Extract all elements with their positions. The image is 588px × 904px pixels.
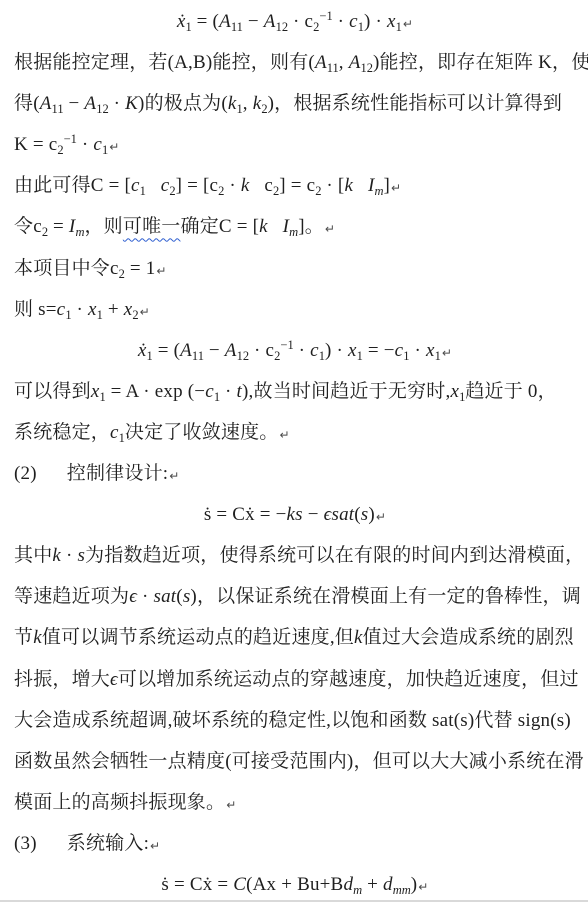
text-run: x (387, 11, 396, 32)
text-run: , (243, 93, 253, 114)
text-run: 根据能控定理，若(A,B)能控，则有( (14, 52, 315, 73)
document-line-5: 由此可得C = [c1 c2] = [c2 · k c2] = c2 · [k … (14, 165, 576, 206)
text-run: )的极点为( (138, 93, 228, 114)
text-run: A (180, 340, 192, 361)
text-run: m (374, 185, 383, 198)
text-run: C (233, 874, 246, 895)
page-bottom-rule (0, 900, 588, 902)
paragraph-mark-icon: ↵ (403, 18, 413, 30)
text-run: · (220, 381, 236, 402)
text-run: d (383, 874, 393, 895)
document-line-12: (2)控制律设计:↵ (14, 453, 576, 494)
text-run: A (84, 93, 96, 114)
text-run: ṡ = Cẋ = − (204, 504, 287, 525)
text-run: c (131, 175, 140, 196)
text-run: A (315, 52, 327, 73)
text-run: sat (154, 586, 177, 607)
text-run: 决定了收敛速度。 (125, 422, 279, 443)
text-run: − (243, 11, 264, 32)
text-run: 12 (361, 62, 374, 75)
text-run: ẋ (138, 340, 147, 361)
text-run: 2 (132, 309, 138, 322)
document-line-16: 节k值可以调节系统运动点的趋近速度,但k值过大会造成系统的剧烈 (14, 617, 576, 658)
text-run: ] = [c (176, 175, 219, 196)
text-run: ] (384, 175, 391, 196)
text-run: )，以保证系统在滑模面上有一定的鲁棒性，调 (190, 586, 581, 607)
text-run: x (124, 299, 133, 320)
text-run: = ( (153, 340, 180, 361)
text-run: m (289, 226, 298, 239)
paragraph-mark-icon: ↵ (150, 840, 160, 852)
text-run: k (33, 627, 42, 648)
document-line-20: 模面上的高频抖振现象。↵ (14, 782, 576, 823)
text-run: 11 (52, 103, 64, 116)
text-run: ] = c (279, 175, 315, 196)
text-run: = ( (192, 11, 219, 32)
text-run: · [ (321, 175, 344, 196)
text-run: · (224, 175, 240, 196)
text-run: m (353, 884, 362, 897)
text-run: ϵ (110, 669, 118, 690)
text-run: d (343, 874, 353, 895)
document-line-15: 等速趋近项为ϵ · sat(s)，以保证系统在滑模面上有一定的鲁棒性，调 (14, 576, 576, 617)
text-run: mm (393, 884, 411, 897)
text-run: ϵ (129, 586, 137, 607)
text-run: = (48, 216, 69, 237)
text-run: − (204, 340, 225, 361)
paragraph-mark-icon: ↵ (280, 429, 290, 441)
document-line-3: 得(A11 − A12 · K)的极点为(k1, k2)，根据系统性能指标可以计… (14, 83, 576, 124)
text-run: sat (331, 504, 354, 525)
text-run: · (410, 340, 426, 361)
text-run: + (103, 299, 124, 320)
text-run: c (161, 175, 170, 196)
text-run: 1 (102, 144, 108, 157)
paragraph-mark-icon: ↵ (169, 470, 179, 482)
text-run: k (344, 175, 353, 196)
text-run: k (253, 93, 262, 114)
text-run: , (339, 52, 349, 73)
text-run: c (349, 11, 358, 32)
paragraph-mark-icon: ↵ (442, 347, 452, 359)
text-run: c (250, 175, 273, 196)
spellcheck-underlined-text: 可唯一 (123, 216, 181, 237)
text-run: −1 (64, 133, 77, 146)
text-run: 11 (231, 21, 243, 34)
text-run: − (303, 504, 324, 525)
text-run: (2) (14, 463, 37, 484)
text-run: s (295, 504, 303, 525)
document-line-2: 根据能控定理，若(A,B)能控，则有(A11, A12)能控，即存在矩阵 K，使 (14, 42, 576, 83)
text-run: x (91, 381, 100, 402)
document-line-7: 本项目中令c2 = 1↵ (14, 248, 576, 289)
document-line-4: K = c2−1 · c1↵ (14, 124, 576, 165)
text-run: 确定C = [ (181, 216, 260, 237)
text-run (353, 175, 368, 196)
text-run: = A · exp (− (106, 381, 206, 402)
text-run: s (77, 545, 85, 566)
document-line-21: (3)系统输入:↵ (14, 823, 576, 864)
document-page: ẋ1 = (A11 − A12 · c2−1 · c1) · x1↵根据能控定理… (0, 0, 588, 904)
text-run: x (450, 381, 459, 402)
text-run: 系统稳定， (14, 422, 110, 443)
text-run: A (40, 93, 52, 114)
document-line-11: 系统稳定，c1决定了收敛速度。↵ (14, 412, 576, 453)
text-run: 大会造成系统超调,破坏系统的稳定性,以饱和函数 sat(s)代替 sign(s) (14, 710, 571, 731)
document-line-13: ṡ = Cẋ = −ks − ϵsat(s)↵ (14, 494, 576, 535)
text-run: 2 (57, 144, 63, 157)
text-run: 抖振，增大 (14, 669, 110, 690)
document-line-17: 抖振，增大ϵ可以增加系统运动点的穿越速度，加快趋近速度，但过 (14, 659, 576, 700)
text-run: 其中 (14, 545, 52, 566)
document-line-14: 其中k · s为指数趋近项，使得系统可以在有限的时间内到达滑模面， (14, 535, 576, 576)
text-run: A (349, 52, 361, 73)
text-run (146, 175, 161, 196)
text-run: A (225, 340, 237, 361)
text-run: c (93, 134, 102, 155)
text-run: )能控，即存在矩阵 K，使 (373, 52, 588, 73)
paragraph-mark-icon: ↵ (109, 141, 119, 153)
text-run: ) (368, 504, 375, 525)
text-run: 本项目中令c (14, 258, 119, 279)
text-run: 令c (14, 216, 42, 237)
text-run: ẋ (177, 11, 186, 32)
text-run: − (64, 93, 85, 114)
text-run: · (77, 134, 93, 155)
text-run: 则 s= (14, 299, 57, 320)
text-run: )，根据系统性能指标可以计算得到 (268, 93, 563, 114)
paragraph-mark-icon: ↵ (325, 223, 335, 235)
text-run: · (333, 11, 349, 32)
text-run: 趋近于 0， (465, 381, 556, 402)
text-run: 12 (237, 350, 250, 363)
text-run: 值可以调节系统运动点的趋近速度,但 (42, 627, 354, 648)
text-run: 为指数趋近项，使得系统可以在有限的时间内到达滑模面， (85, 545, 584, 566)
text-run: A (219, 11, 231, 32)
paragraph-mark-icon: ↵ (418, 881, 428, 893)
text-run: 节 (14, 627, 33, 648)
text-run: ṡ = Cẋ = (161, 874, 233, 895)
text-run: k (354, 627, 363, 648)
text-run: ) · (364, 11, 387, 32)
text-run: · (137, 586, 153, 607)
text-run: K = c (14, 134, 57, 155)
text-run: = − (363, 340, 395, 361)
document-line-19: 函数虽然会牺牲一点精度(可接受范围内)，但可以大大减小系统在滑 (14, 741, 576, 782)
text-run: 值过大会造成系统的剧烈 (363, 627, 574, 648)
text-run: ) · (325, 340, 348, 361)
text-run: k (241, 175, 250, 196)
text-run: · (294, 340, 310, 361)
text-run: 模面上的高频抖振现象。 (14, 792, 225, 813)
text-run: k (52, 545, 61, 566)
paragraph-mark-icon: ↵ (391, 182, 401, 194)
text-run: 函数虽然会牺牲一点精度(可接受范围内)，但可以大大减小系统在滑 (14, 751, 584, 772)
text-run: · c (288, 11, 313, 32)
text-run: ),故当时间趋近于无穷时, (242, 381, 450, 402)
paragraph-mark-icon: ↵ (226, 799, 236, 811)
text-run: 得( (14, 93, 40, 114)
document-line-10: 可以得到x1 = A · exp (−c1 · t),故当时间趋近于无穷时,x1… (14, 371, 576, 412)
text-run: k (228, 93, 237, 114)
text-run: −1 (319, 10, 332, 23)
text-run: c (395, 340, 404, 361)
document-line-22: ṡ = Cẋ = C(Ax + Bu+Bdm + dmm)↵ (14, 864, 576, 904)
text-run: −1 (280, 339, 293, 352)
text-run: x (348, 340, 357, 361)
text-run: 1 (396, 21, 402, 34)
text-run: 系统输入: (67, 833, 149, 854)
text-run: 11 (192, 350, 204, 363)
text-run: 等速趋近项为 (14, 586, 129, 607)
document-body: ẋ1 = (A11 − A12 · c2−1 · c1) · x1↵根据能控定理… (0, 0, 588, 904)
text-run: · (109, 93, 125, 114)
text-run: c (205, 381, 214, 402)
paragraph-mark-icon: ↵ (376, 511, 386, 523)
document-line-6: 令c2 = Im，则可唯一确定C = [k Im]。↵ (14, 206, 576, 247)
text-run: · c (249, 340, 274, 361)
document-line-18: 大会造成系统超调,破坏系统的稳定性,以饱和函数 sat(s)代替 sign(s) (14, 700, 576, 741)
document-line-8: 则 s=c1 · x1 + x2↵ (14, 289, 576, 330)
text-run: 可以增加系统运动点的穿越速度，加快趋近速度，但过 (118, 669, 579, 690)
text-run: = 1 (125, 258, 156, 279)
text-run: + (362, 874, 383, 895)
text-run: 控制律设计: (67, 463, 168, 484)
text-run: k (259, 216, 268, 237)
text-run (268, 216, 283, 237)
document-line-1: ẋ1 = (A11 − A12 · c2−1 · c1) · x1↵ (14, 1, 576, 42)
text-run: · (72, 299, 88, 320)
paragraph-mark-icon: ↵ (140, 306, 150, 318)
paragraph-mark-icon: ↵ (156, 265, 166, 277)
text-run: · (61, 545, 77, 566)
text-run: 由此可得C = [ (14, 175, 131, 196)
text-run: x (88, 299, 97, 320)
document-line-9: ẋ1 = (A11 − A12 · c2−1 · c1) · x1 = −c1 … (14, 330, 576, 371)
text-run: x (426, 340, 435, 361)
text-run: 1 (435, 350, 441, 363)
text-run: c (57, 299, 66, 320)
text-run: c (310, 340, 319, 361)
text-run: ) (411, 874, 418, 895)
text-run: ]。 (298, 216, 324, 237)
text-run: c (110, 422, 119, 443)
text-run: 12 (96, 103, 109, 116)
text-run: 11 (327, 62, 339, 75)
text-run: (3) (14, 833, 37, 854)
text-run: (Ax + Bu+B (246, 874, 343, 895)
text-run: 可以得到 (14, 381, 91, 402)
text-run: k (287, 504, 296, 525)
text-run: ，则 (84, 216, 122, 237)
text-run: A (264, 11, 276, 32)
text-run: K (125, 93, 138, 114)
text-run: 12 (276, 21, 289, 34)
